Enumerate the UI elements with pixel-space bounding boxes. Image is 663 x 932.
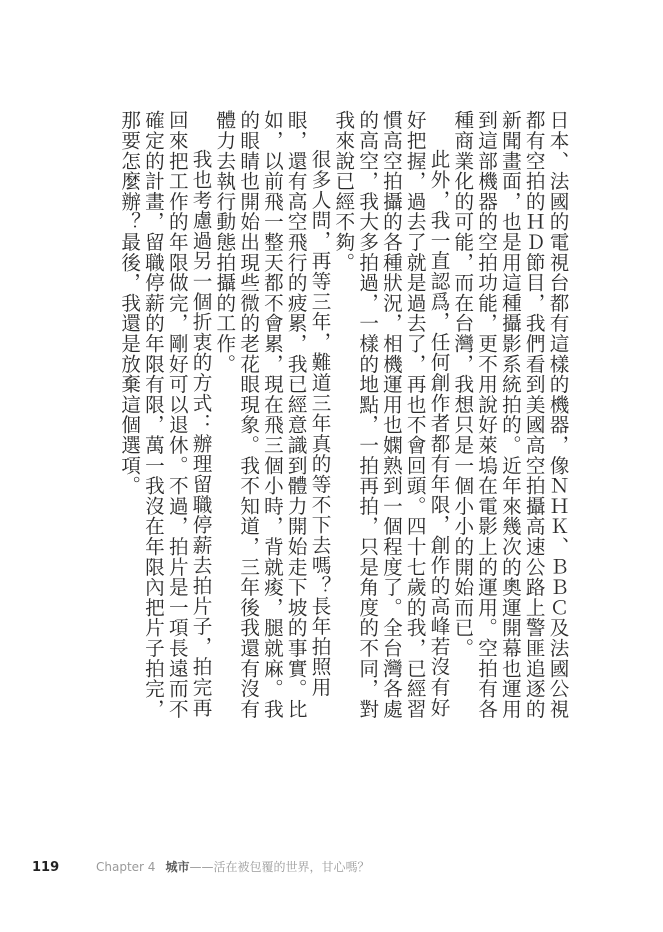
paragraph-4: 我也考慮過另一個折衷的方式：辦理留職停薪去拍片子，拍完再回來把工作的年限做完，剛… (117, 110, 212, 722)
paragraph-2: 此外，我一直認爲，任何創作者都有年限，創作的高峰若沒有好好把握，過去了就是過去了… (331, 110, 450, 722)
paragraph-1: 日本、法國的電視台都有這樣的機器，像ＮＨＫ、ＢＢＣ及法國公視都有空拍的ＨＤ節目，… (450, 110, 569, 722)
body-text: 日本、法國的電視台都有這樣的機器，像ＮＨＫ、ＢＢＣ及法國公視都有空拍的ＨＤ節目，… (117, 110, 569, 722)
page-number: 119 (32, 860, 96, 875)
paragraph-3: 很多人問，再等三年，難道三年真的等不下去嗎？長年拍照用眼，還有高空飛行的疲累，我… (212, 110, 331, 722)
chapter-subtitle: ——活在被包覆的世界，甘心嗎？ (189, 858, 369, 875)
page-footer: 119 Chapter 4 城市 ——活在被包覆的世界，甘心嗎？ (32, 858, 369, 875)
chapter-label: Chapter 4 (96, 860, 155, 874)
chapter-title: 城市 (165, 858, 189, 875)
